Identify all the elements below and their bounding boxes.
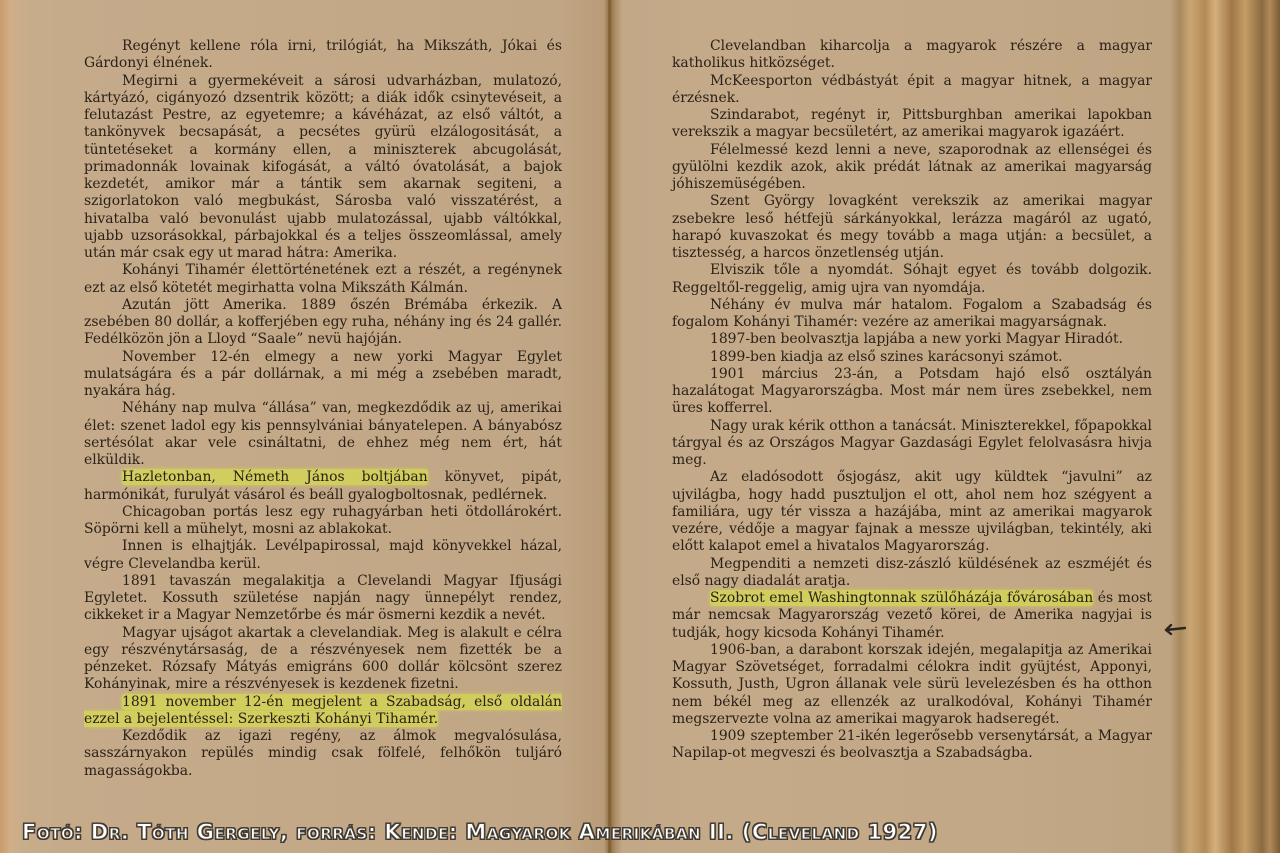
paragraph: McKeesporton védbástyát épit a magyar hi… (672, 73, 1152, 108)
paragraph: Nagy urak kérik otthon a tanácsát. Minis… (672, 418, 1152, 470)
highlighted-text: Szobrot emel Washingtonnak szülőházája f… (710, 590, 1093, 606)
highlighted-text: 1891 november 12-én megjelent a Szabadsá… (84, 694, 562, 727)
paragraph: Innen is elhajtják. Levélpapirossal, maj… (84, 538, 562, 573)
right-page: Clevelandban kiharcolja a magyarok részé… (672, 38, 1152, 763)
paragraph: 1901 március 23-án, a Potsdam hajó első … (672, 366, 1152, 418)
paragraph: Szent György lovagként verekszik az amer… (672, 193, 1152, 262)
highlighted-text: Hazletonban, Németh János boltjában (122, 469, 428, 485)
paragraph: Chicagoban portás lesz egy ruhagyárban h… (84, 504, 562, 539)
paragraph-highlighted: Hazletonban, Németh János boltjában köny… (84, 469, 562, 504)
paragraph: November 12-én elmegy a new yorki Magyar… (84, 349, 562, 401)
paragraph: 1909 szeptember 21-ikén legerősebb verse… (672, 728, 1152, 763)
paragraph: Regényt kellene róla irni, trilógiát, ha… (84, 38, 562, 73)
arrow-left-icon (1160, 622, 1186, 636)
left-page: Regényt kellene róla irni, trilógiát, ha… (84, 38, 562, 780)
paragraph: Azután jött Amerika. 1889 őszén Brémába … (84, 297, 562, 349)
paragraph: 1899-ben kiadja az első szines karácsony… (672, 349, 1152, 366)
paragraph: 1906-ban, a darabont korszak idején, meg… (672, 642, 1152, 728)
paragraph: Kezdődik az igazi regény, az álmok megva… (84, 728, 562, 780)
paragraph-highlighted: Szobrot emel Washingtonnak szülőházája f… (672, 590, 1152, 642)
paragraph: Kohányi Tihamér élettörténetének ezt a r… (84, 262, 562, 297)
paragraph-highlighted: 1891 november 12-én megjelent a Szabadsá… (84, 694, 562, 729)
paragraph: Az eladósodott ősjogász, akit ugy küldte… (672, 469, 1152, 555)
paragraph: 1891 tavaszán megalakitja a Clevelandi M… (84, 573, 562, 625)
paragraph: Megpenditi a nemzeti disz-zászló küldésé… (672, 556, 1152, 591)
paragraph: Néhány nap mulva “állása” van, megkezdőd… (84, 400, 562, 469)
photo-caption: Fotó: Dr. Tóth Gergely, forrás: Kende: M… (22, 820, 938, 844)
paragraph: Magyar ujságot akartak a clevelandiak. M… (84, 625, 562, 694)
paragraph: Clevelandban kiharcolja a magyarok részé… (672, 38, 1152, 73)
paragraph: Félelmessé kezd lenni a neve, szaporodna… (672, 142, 1152, 194)
book-spine (608, 0, 611, 853)
paragraph: 1897-ben beolvasztja lapjába a new yorki… (672, 331, 1152, 348)
paragraph: Szindarabot, regényt ir, Pittsburghban a… (672, 107, 1152, 142)
paragraph: Elviszik tőle a nyomdát. Sóhajt egyet és… (672, 262, 1152, 297)
paragraph: Megirni a gyermekéveit a sárosi udvarház… (84, 73, 562, 263)
paragraph: Néhány év mulva már hatalom. Fogalom a S… (672, 297, 1152, 332)
